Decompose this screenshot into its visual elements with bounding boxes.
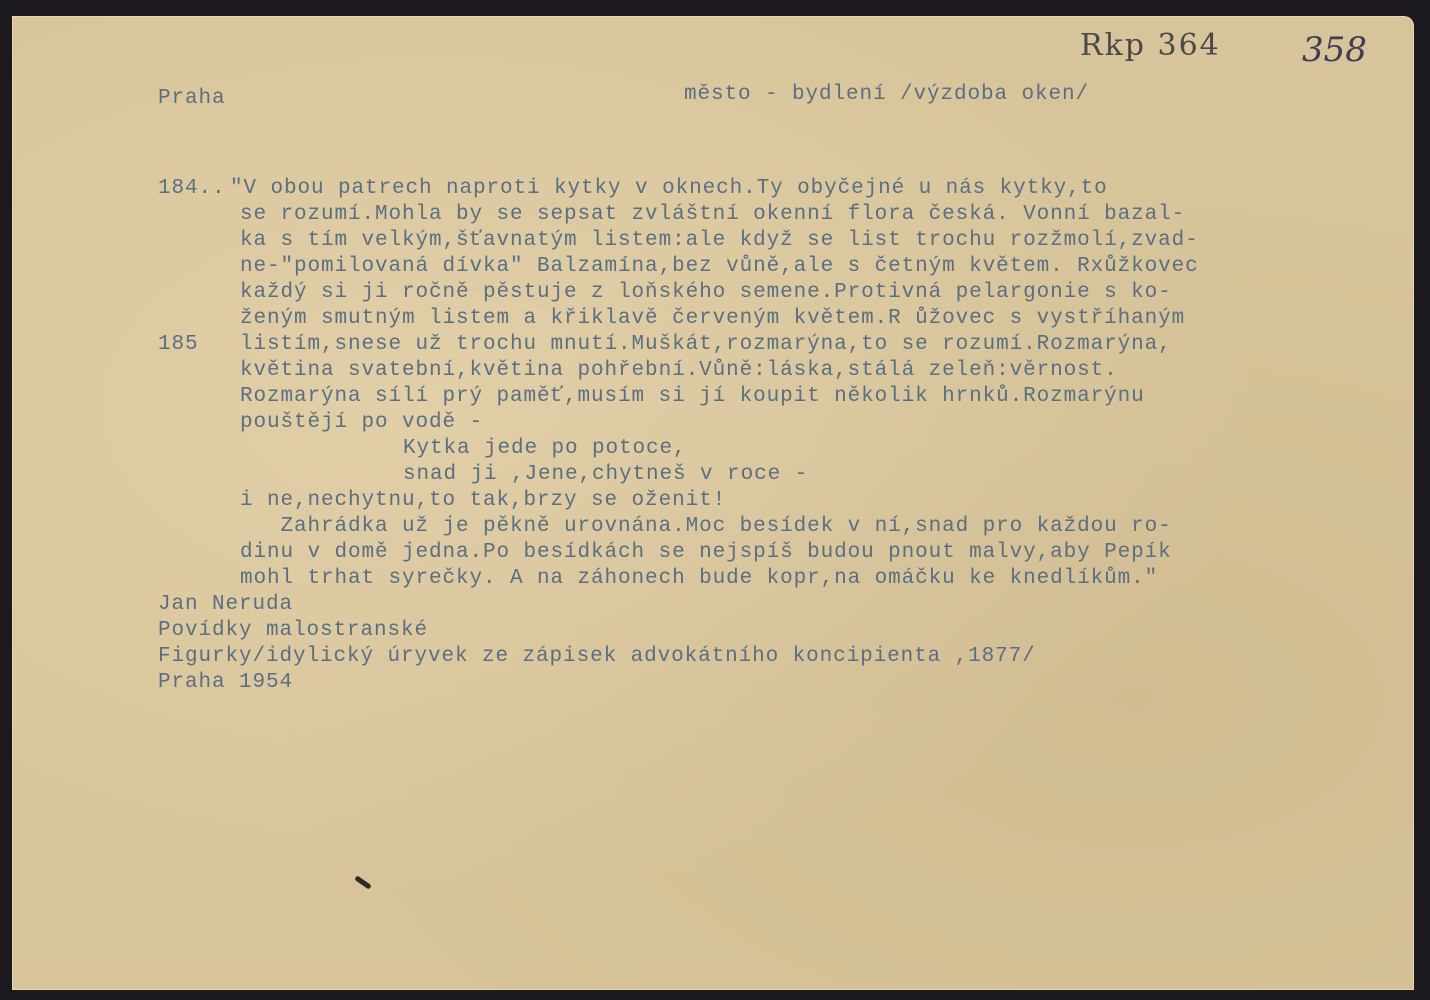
entry-line: květina svatební,květina pohřební.Vůně:l… bbox=[240, 358, 1118, 384]
source-book: Povídky malostranské bbox=[158, 618, 428, 644]
entry-number-185: 185 bbox=[158, 332, 199, 358]
archive-card: Rkp 364 358 Praha město - bydlení /výzdo… bbox=[12, 16, 1414, 990]
entry-line: ne-"pomilovaná dívka" Balzamína,bez vůně… bbox=[240, 254, 1199, 280]
ink-mark bbox=[354, 875, 372, 889]
entry-line: se rozumí.Mohla by se sepsat zvláštní ok… bbox=[240, 202, 1185, 228]
entry-line: pouštějí po vodě - bbox=[240, 410, 483, 436]
entry-number-184: 184.. bbox=[158, 176, 226, 202]
entry-line: mohl trhat syrečky. A na záhonech bude k… bbox=[240, 566, 1158, 592]
entry-line: ženým smutným listem a křiklavě červeným… bbox=[240, 306, 1185, 332]
entry-line: ka s tím velkým,šťavnatým listem:ale kdy… bbox=[240, 228, 1199, 254]
folio-number: 358 bbox=[1302, 30, 1367, 70]
verse-line: Kytka jede po potoce, bbox=[322, 436, 687, 462]
entry-line: listím,snese už trochu mnutí.Muškát,rozm… bbox=[240, 332, 1172, 358]
source-work: Figurky/idylický úryvek ze zápisek advok… bbox=[158, 644, 1036, 670]
entry-line: každý si ji ročně pěstuje z loňského sem… bbox=[240, 280, 1172, 306]
shelfmark: Rkp 364 bbox=[1080, 28, 1221, 63]
verse-line: snad ji ,Jene,chytneš v roce - bbox=[322, 462, 808, 488]
entry-line: Zahrádka už je pěkně urovnána.Moc besíde… bbox=[240, 514, 1172, 540]
source-author: Jan Neruda bbox=[158, 592, 293, 618]
source-edition: Praha 1954 bbox=[158, 670, 293, 696]
entry-line: "V obou patrech naproti kytky v oknech.T… bbox=[230, 176, 1108, 202]
subject-heading: město - bydlení /výzdoba oken/ bbox=[684, 82, 1089, 108]
verse-line: i ne,nechytnu,to tak,brzy se oženit! bbox=[240, 488, 726, 514]
entry-line: dinu v domě jedna.Po besídkách se nejspí… bbox=[240, 540, 1172, 566]
entry-line: Rozmarýna sílí prý paměť,musím si jí kou… bbox=[240, 384, 1145, 410]
place-label: Praha bbox=[158, 86, 226, 112]
